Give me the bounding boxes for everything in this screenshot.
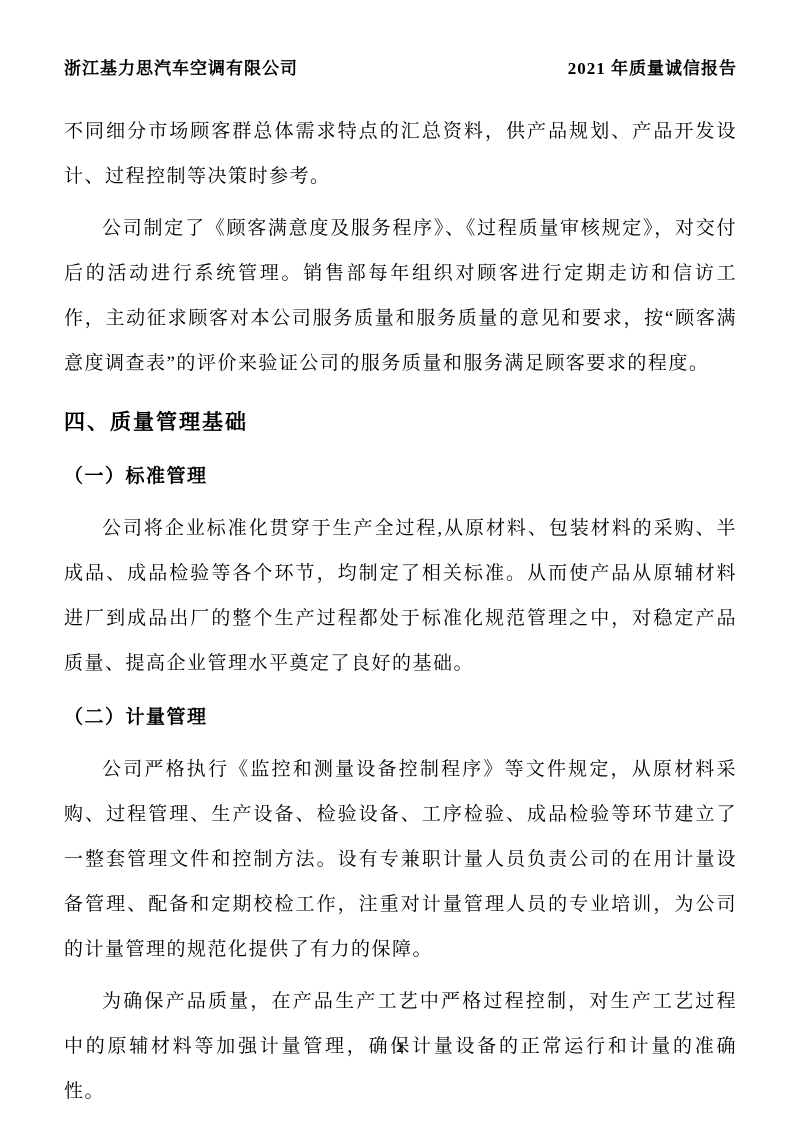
- section-heading-quality-management-basis: 四、质量管理基础: [64, 400, 737, 445]
- page-header: 浙江基力思汽车空调有限公司 2021 年质量诚信报告: [64, 54, 737, 79]
- paragraph-market-summary: 不同细分市场顾客群总体需求特点的汇总资料，供产品规划、产品开发设计、过程控制等决…: [64, 109, 737, 199]
- header-report-title: 2021 年质量诚信报告: [568, 54, 737, 79]
- paragraph-metrology: 公司严格执行《监控和测量设备控制程序》等文件规定，从原材料采购、过程管理、生产设…: [64, 747, 737, 972]
- page-number: 1: [0, 1039, 800, 1055]
- header-company-name: 浙江基力思汽车空调有限公司: [64, 54, 298, 79]
- sub-heading-standard-management: （一）标准管理: [64, 454, 737, 499]
- paragraph-customer-satisfaction: 公司制定了《顾客满意度及服务程序》、《过程质量审核规定》，对交付后的活动进行系统…: [64, 206, 737, 386]
- sub-heading-metrology-management: （二）计量管理: [64, 695, 737, 740]
- document-page: 浙江基力思汽车空调有限公司 2021 年质量诚信报告 不同细分市场顾客群总体需求…: [0, 0, 800, 1131]
- paragraph-standardization: 公司将企业标准化贯穿于生产全过程,从原材料、包装材料的采购、半成品、成品检验等各…: [64, 506, 737, 686]
